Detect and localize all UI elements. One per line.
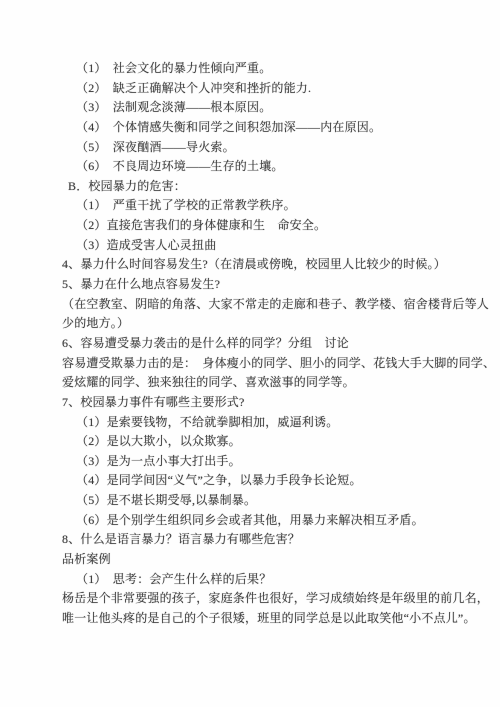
- document-paragraph-line: 唯一让他头疼的是自己的个子很矮，班里的同学总是以此取笑他“小不点儿”。: [62, 609, 470, 629]
- document-question-line: 8、什么是语言暴力？语言暴力有哪些危害？: [62, 530, 470, 550]
- document-line: （1） 严重干扰了学校的正常教学秩序。: [76, 196, 470, 216]
- document-line: （5）是不堪长期受辱,以暴制暴。: [76, 491, 470, 511]
- document-line: （2）是以大欺小，以众欺寡。: [76, 432, 470, 452]
- document-paragraph-line: 杨岳是个非常要强的孩子，家庭条件也很好，学习成绩始终是年级里的前几名，: [62, 589, 470, 609]
- document-line: （2）直接危害我们的身体健康和生 命安全。: [76, 216, 470, 236]
- document-line: （3）造成受害人心灵扭曲: [76, 236, 470, 256]
- document-line: （6） 不良周边环境——生存的土壤。: [76, 157, 470, 177]
- document-line: （1）是索要钱物，不给就拳脚相加，威逼利诱。: [76, 413, 470, 433]
- document-question-line: 5、暴力在什么地点容易发生?: [62, 275, 470, 295]
- document-line: （4）是同学间因“义气”之争，以暴力手段争长论短。: [76, 471, 470, 491]
- document-case-header: 品析案例: [62, 550, 470, 570]
- document-line: （3） 法制观念淡薄——根本原因。: [76, 98, 470, 118]
- document-line: （5） 深夜酗酒——导火索。: [76, 138, 470, 158]
- document-line: 容易遭受欺暴力击的是： 身体瘦小的同学、胆小的同学、花钱大手大脚的同学、: [62, 354, 470, 374]
- document-text-block: （1） 社会文化的暴力性倾向严重。 （2） 缺乏正确解决个人冲突和挫折的能力. …: [62, 59, 470, 629]
- document-line: （3）是为一点小事大打出手。: [76, 452, 470, 472]
- document-question-line: 6、容易遭受暴力袭击的是什么样的同学？分组 讨论: [62, 334, 470, 354]
- document-page: （1） 社会文化的暴力性倾向严重。 （2） 缺乏正确解决个人冲突和挫折的能力. …: [0, 0, 500, 707]
- document-line: 少的地方。）: [62, 314, 470, 334]
- document-line: （1） 思考：会产生什么样的后果？: [76, 570, 470, 590]
- document-line: （1） 社会文化的暴力性倾向严重。: [76, 59, 470, 79]
- document-line: （6）是个别学生组织同乡会或者其他，用暴力来解决相互矛盾。: [76, 511, 470, 531]
- document-section-header: B．校园暴力的危害：: [68, 177, 470, 197]
- document-question-line: 7、校园暴力事件有哪些主要形式?: [62, 393, 470, 413]
- document-line: （2） 缺乏正确解决个人冲突和挫折的能力.: [76, 79, 470, 99]
- document-line: （4） 个体情感失衡和同学之间积怨加深——内在原因。: [76, 118, 470, 138]
- document-line: 爱炫耀的同学、独来独往的同学、喜欢滋事的同学等。: [62, 373, 470, 393]
- document-question-line: 4、暴力什么时间容易发生?（在清晨或傍晚，校园里人比较少的时候。）: [62, 255, 470, 275]
- document-line: （在空教室、阴暗的角落、大家不常走的走廊和巷子、教学楼、宿舍楼背后等人: [62, 295, 470, 315]
